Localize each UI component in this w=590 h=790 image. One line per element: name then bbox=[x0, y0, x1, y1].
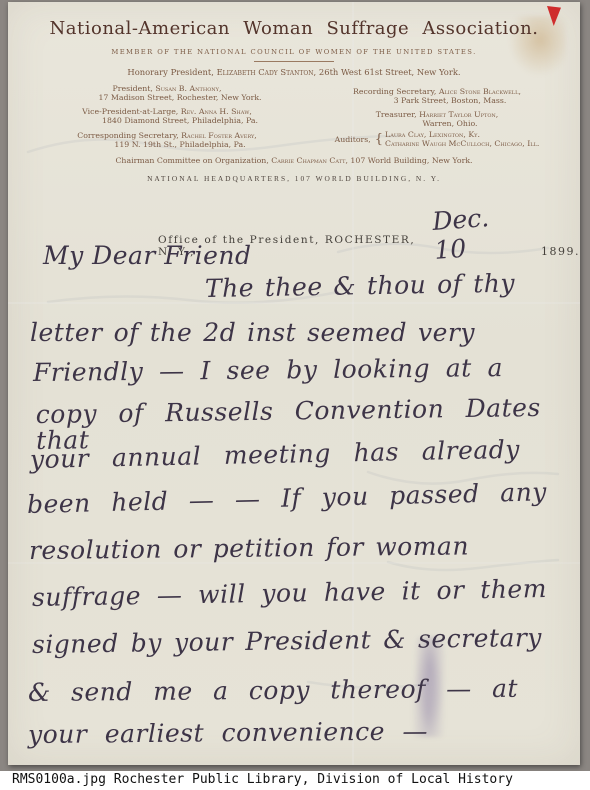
handwritten-date: Dec. 10 bbox=[432, 201, 521, 265]
national-headquarters-line: NATIONAL HEADQUARTERS, 107 WORLD BUILDIN… bbox=[8, 174, 580, 183]
printed-year: 1899. bbox=[541, 245, 580, 258]
handwritten-line: & send me a copy thereof — at bbox=[28, 676, 518, 707]
officer-treasurer: Treasurer, Harriet Taylor Upton, Warren,… bbox=[306, 110, 568, 128]
association-subtitle: MEMBER OF THE NATIONAL COUNCIL OF WOMEN … bbox=[8, 48, 580, 56]
officer-president: President, Susan B. Anthony, 17 Madison … bbox=[36, 84, 298, 102]
honorary-president-line: Honorary President, Elizabeth Cady Stant… bbox=[8, 67, 580, 77]
brace-glyph: { bbox=[375, 132, 383, 147]
officer-vice-president: Vice-President-at-Large, Rev. Anna H. Sh… bbox=[36, 107, 298, 125]
handwritten-line: Friendly — I see by looking at a bbox=[33, 355, 503, 386]
association-title: National-American Woman Suffrage Associa… bbox=[8, 18, 580, 39]
chairman-line: Chairman Committee on Organization, Carr… bbox=[8, 156, 580, 165]
document-scan-view: National-American Woman Suffrage Associa… bbox=[0, 0, 590, 790]
handwritten-line: your earliest convenience — bbox=[28, 719, 428, 749]
handwritten-line: letter of the 2d inst seemed very bbox=[30, 320, 475, 346]
handwritten-salutation: My Dear Friend bbox=[43, 243, 252, 269]
handwritten-line: resolution or petition for woman bbox=[29, 533, 469, 564]
caption-bar: RMS0100a.jpg Rochester Public Library, D… bbox=[0, 771, 590, 790]
divider-rule bbox=[254, 61, 334, 62]
handwritten-line: been held — — If you passed any bbox=[27, 479, 547, 518]
handwritten-line: signed by your President & secretary bbox=[32, 625, 542, 658]
officer-recording-secretary: Recording Secretary, Alice Stone Blackwe… bbox=[306, 87, 568, 105]
letter-page: National-American Woman Suffrage Associa… bbox=[8, 2, 580, 765]
handwritten-line: suffrage — will you have it or them bbox=[32, 576, 547, 611]
officer-corresponding-secretary: Corresponding Secretary, Rachel Foster A… bbox=[36, 131, 298, 149]
caption-text: RMS0100a.jpg Rochester Public Library, D… bbox=[12, 772, 513, 787]
officer-auditors: Auditors, { Laura Clay, Lexington, Ky. C… bbox=[306, 130, 568, 148]
fold-crease-horizontal-1 bbox=[8, 302, 580, 304]
handwritten-line: The thee & thou of thy bbox=[205, 271, 515, 303]
